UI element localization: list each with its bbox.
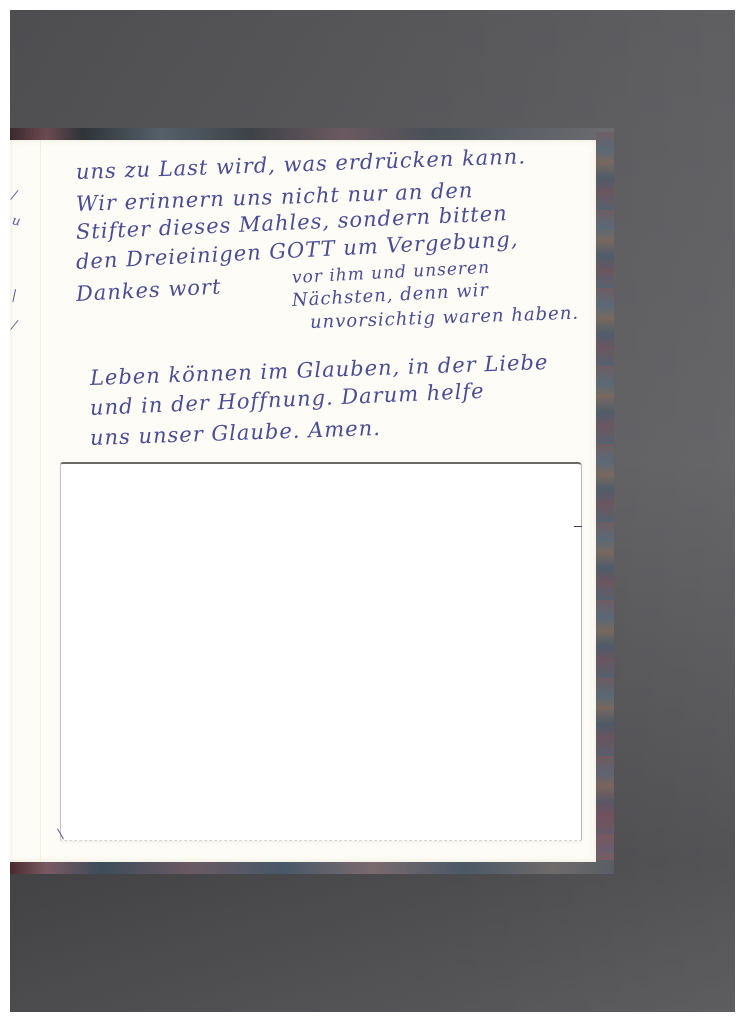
book-cover-edge-bottom — [10, 860, 614, 874]
book-cover-edge-top — [10, 128, 614, 140]
book-page: / u | / uns zu Last wird, was erdrücken … — [10, 140, 596, 862]
photo-frame-empty — [60, 462, 582, 841]
margin-tick-mark — [574, 526, 582, 527]
handwriting-line: uns unser Glaube. Amen. — [90, 416, 382, 450]
book-cover-edge-right — [596, 132, 614, 874]
handwriting-line: Dankes wort — [75, 274, 222, 306]
